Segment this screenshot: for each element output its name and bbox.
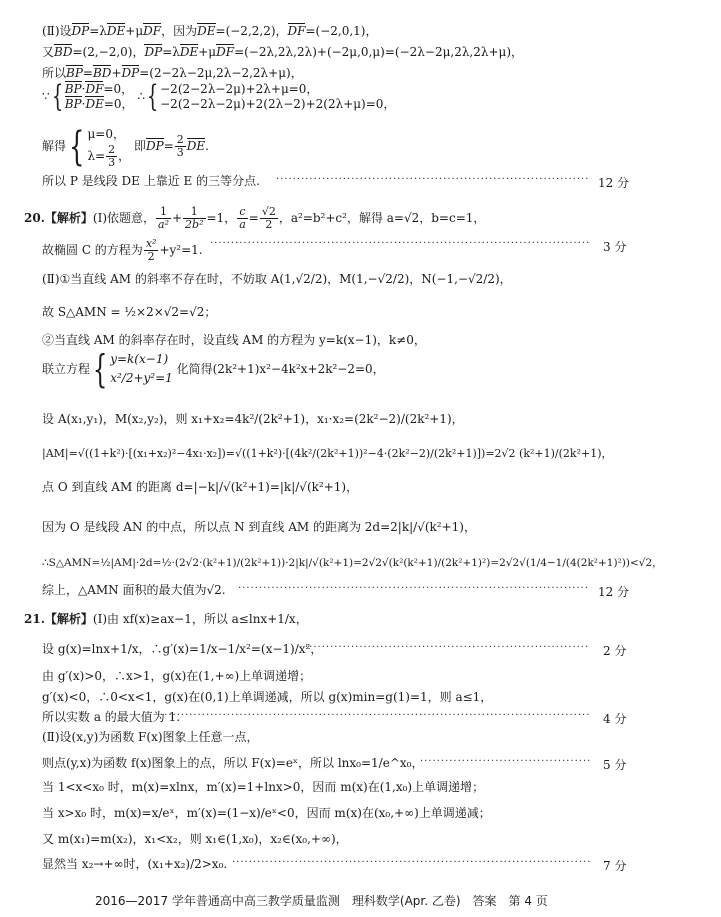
text: 当 x>x₀ 时，m(x)=x/eˣ，m′(x)=(1−x)/eˣ<0，因而 m… (42, 806, 491, 820)
denominator: 3 (175, 147, 186, 159)
vector-df: DF (288, 24, 306, 38)
points: A(1,√2/2)，M(1,−√2/2)，N(−1,−√2/2)， (271, 272, 512, 286)
leader-dots: ········································… (276, 174, 588, 185)
therefore-symbol: ∴ (137, 90, 145, 104)
text: 化简得(2k²+1)x²−4k²x+2k²−2=0， (177, 362, 385, 376)
score-label: 12 分 (598, 174, 629, 191)
q21-line-8: 当 1<x<x₀ 时，m(x)=xlnx，m′(x)=1+lnx>0，因而 m(… (42, 780, 484, 794)
q20-line-8: |AM|=√((1+k²)·[(x₁+x₂)²−4x₁·x₂])=√((1+k²… (42, 446, 613, 461)
text: =(−2,0,1)， (305, 24, 377, 38)
text: =(−2λ,2λ,2λ)+(−2μ,0,μ)=(−2λ−2μ,2λ,2λ+μ)， (234, 45, 523, 59)
score-label: 2 分 (603, 642, 626, 659)
fraction: 23 (175, 134, 186, 159)
q19-line-1: (Ⅱ)设DP=λDE+μDF，因为DE=(−2,2,2)，DF=(−2,0,1)… (42, 24, 378, 38)
text: ，因为 (161, 24, 197, 38)
text: 又 (42, 45, 54, 59)
q21-line-6: (Ⅱ)设(x,y)为函数 F(x)图象上任意一点， (42, 730, 259, 744)
text: 设 A(x₁,y₁)，M(x₂,y₂)，则 x₁+x₂=4k²/(2k²+1)，… (42, 412, 464, 426)
q20-line-6: 联立方程{y=k(x−1)x²/2+y²=1 化简得(2k²+1)x²−4k²x… (42, 350, 385, 388)
q20-line-1: 20.【解析】(Ⅰ)依题意，1a²+12b²=1，ca=√22，a²=b²+c²… (24, 206, 485, 231)
leader-dots: ········································… (232, 857, 590, 868)
q21-line-7: 则点(y,x)为函数 f(x)图象上的点，所以 F(x)=eˣ，所以 lnx₀=… (42, 756, 423, 770)
text: 即 (134, 139, 146, 153)
question-number: 21. (24, 612, 45, 626)
analysis-tag: 【解析】 (45, 612, 93, 626)
score-label: 7 分 (603, 857, 626, 874)
text: (Ⅱ)①当直线 AM 的斜率不存在时，不妨取 (42, 272, 267, 286)
text: ②当直线 AM 的斜率存在时，设直线 AM 的方程为 y=k(x−1)，k≠0， (42, 333, 426, 347)
text: =0， (103, 82, 133, 96)
q21-line-10: 又 m(x₁)=m(x₂)，x₁<x₂，则 x₁∈(1,x₀)，x₂∈(x₀,+… (42, 832, 348, 846)
text: |AM|=√((1+k²)·[(x₁+x₂)²−4x₁·x₂])=√((1+k²… (42, 447, 613, 460)
text: −2(2−2λ−2μ)+2λ+μ=0， (160, 82, 395, 97)
text: 则点(y,x)为函数 f(x)图象上的点，所以 F(x)=eˣ，所以 lnx₀=… (42, 756, 423, 770)
score-label: 3 分 (603, 238, 626, 255)
brace-icon: { (147, 82, 158, 112)
text: 解得 (42, 139, 66, 153)
equation-system-1: BP·DF=0，BP·DE=0， (65, 82, 134, 112)
score-label: 4 分 (603, 710, 626, 727)
vector-dp: DP (144, 45, 162, 59)
text: (Ⅱ)设(x,y)为函数 F(x)图象上任意一点， (42, 730, 259, 744)
analysis-tag: 【解析】 (45, 211, 93, 225)
text: 显然当 x₂→+∞时，(x₁+x₂)/2>x₀. (42, 857, 227, 871)
page-footer: 2016—2017 学年普通高中高三教学质量监测 理科数学(Apr. 乙卷) 答… (95, 892, 548, 909)
q19-system: ∵{BP·DF=0，BP·DE=0， ∴{−2(2−2λ−2μ)+2λ+μ=0，… (42, 82, 395, 112)
text: g′(x)<0，∴0<x<1，g(x)在(0,1)上单调递减，所以 g(x)mi… (42, 690, 492, 704)
text: 因为 O 是线段 AN 的中点，所以点 N 到直线 AM 的距离为 2d=2|k… (42, 520, 476, 534)
q20-line-7: 设 A(x₁,y₁)，M(x₂,y₂)，则 x₁+x₂=4k²/(2k²+1)，… (42, 412, 464, 426)
vector-dp: DP (146, 139, 164, 153)
q20-line-4: 故 S△AMN = ½×2×√2=√2； (42, 305, 216, 319)
text: 故 S△AMN = ½×2×√2=√2； (42, 305, 216, 319)
text: (Ⅱ)设 (42, 24, 72, 38)
text: λ= (87, 149, 105, 163)
text: 联立方程 (42, 362, 90, 376)
text: 所以 P 是线段 DE 上靠近 E 的三等分点. (42, 174, 260, 188)
q20-line-12: 综上，△AMN 面积的最大值为√2. (42, 583, 226, 597)
brace-icon: { (51, 82, 62, 112)
leader-dots: ········································… (238, 583, 588, 594)
equation: x²/2+y²=1 (110, 369, 173, 388)
q19-line-2: 又BD=(2,−2,0)，DP=λDE+μDF=(−2λ,2λ,2λ)+(−2μ… (42, 45, 523, 59)
text: 设 g(x)=lnx+1/x，∴g′(x)=1/x−1/x²=(x−1)/x²， (42, 642, 322, 656)
text: 所以 (42, 66, 66, 80)
score-label: 12 分 (598, 583, 629, 600)
text: = (164, 139, 174, 153)
equation-system-2: −2(2−2λ−2μ)+2λ+μ=0，−2(2−2λ−2μ)+2(2λ−2)+2… (160, 82, 395, 112)
vector-bp: BP (66, 66, 83, 80)
text: (Ⅰ)由 xf(x)≥ax−1，所以 a≤lnx+1/x， (93, 612, 308, 626)
text: =(−2,2,2)， (216, 24, 288, 38)
text: 当 1<x<x₀ 时，m(x)=xlnx，m′(x)=1+lnx>0，因而 m(… (42, 780, 484, 794)
text: 综上，△AMN 面积的最大值为√2. (42, 583, 226, 597)
score-label: 5 分 (603, 756, 626, 773)
q19-solution: 解得{μ=0，λ=23， 即DP=23DE. (42, 124, 209, 169)
q20-line-11: ∴S△AMN=½|AM|·2d=½·(2√2·(k²+1)/(2k²+1))·2… (42, 555, 663, 570)
fraction: x²2 (144, 238, 159, 263)
q19-line-3: 所以BP=BD+DP=(2−2λ−2μ,2λ−2,2λ+μ)， (42, 66, 303, 80)
q21-line-1: 21.【解析】(Ⅰ)由 xf(x)≥ax−1，所以 a≤lnx+1/x， (24, 612, 308, 626)
q21-line-4: g′(x)<0，∴0<x<1，g(x)在(0,1)上单调递减，所以 g(x)mi… (42, 690, 492, 704)
fraction: ca (237, 206, 248, 231)
solution-system: μ=0，λ=23， (87, 124, 130, 169)
question-number: 20. (24, 211, 45, 225)
fraction: 12b² (183, 206, 205, 231)
q20-line-10: 因为 O 是线段 AN 的中点，所以点 N 到直线 AM 的距离为 2d=2|k… (42, 520, 476, 534)
vector-de: DE (180, 45, 198, 59)
equation-system: y=k(x−1)x²/2+y²=1 (110, 350, 173, 388)
because-symbol: ∵ (42, 90, 50, 104)
text: ，a²=b²+c²，解得 a=√2，b=c=1， (279, 211, 486, 225)
text: (Ⅰ)依题意， (93, 211, 155, 225)
vector-bd: BD (54, 45, 72, 59)
q20-line-9: 点 O 到直线 AM 的距离 d=|−k|/√(k²+1)=|k|/√(k²+1… (42, 480, 358, 494)
text: 又 m(x₁)=m(x₂)，x₁<x₂，则 x₁∈(1,x₀)，x₂∈(x₀,+… (42, 832, 348, 846)
vector-dp: DP (122, 66, 140, 80)
q20-line-5: ②当直线 AM 的斜率存在时，设直线 AM 的方程为 y=k(x−1)，k≠0， (42, 333, 426, 347)
q20-line-2: 故椭圆 C 的方程为x²2+y²=1. (42, 238, 203, 263)
brace-icon: { (69, 132, 84, 162)
q21-line-11: 显然当 x₂→+∞时，(x₁+x₂)/2>x₀. (42, 857, 227, 871)
leader-dots: ········································… (160, 710, 590, 721)
text: =1， (207, 211, 237, 225)
fraction: √22 (260, 206, 278, 231)
leader-dots: ········································… (210, 238, 590, 249)
q21-line-2: 设 g(x)=lnx+1/x，∴g′(x)=1/x−1/x²=(x−1)/x²， (42, 642, 322, 656)
equation: y=k(x−1) (110, 350, 173, 369)
leader-dots: ········································… (420, 756, 590, 767)
vector-df: DF (216, 45, 234, 59)
fraction: 1a² (156, 206, 171, 231)
text: −2(2−2λ−2μ)+2(2λ−2)+2(2λ+μ)=0， (160, 97, 395, 112)
vector-df: DF (143, 24, 161, 38)
text: +y²=1. (159, 243, 202, 257)
vector-de: DE (197, 24, 215, 38)
vector-dp: DP (72, 24, 90, 38)
text: μ=0， (87, 124, 130, 144)
text: ∴S△AMN=½|AM|·2d=½·(2√2·(k²+1)/(2k²+1))·2… (42, 557, 663, 569)
text: 点 O 到直线 AM 的距离 d=|−k|/√(k²+1)=|k|/√(k²+1… (42, 480, 358, 494)
text: =(2−2λ−2μ,2λ−2,2λ+μ)， (139, 66, 303, 80)
vector-de: DE (107, 24, 125, 38)
text: 故椭圆 C 的方程为 (42, 243, 143, 257)
vector-bd: BD (93, 66, 111, 80)
q20-line-3: (Ⅱ)①当直线 AM 的斜率不存在时，不妨取 A(1,√2/2)，M(1,−√2… (42, 272, 512, 286)
text: ， (118, 149, 130, 163)
q21-line-9: 当 x>x₀ 时，m(x)=x/eˣ，m′(x)=(1−x)/eˣ<0，因而 m… (42, 806, 491, 820)
brace-icon: { (93, 354, 108, 384)
denominator: 3 (106, 157, 117, 169)
text: =0， (104, 97, 134, 111)
q21-line-3: 由 g′(x)>0，∴x>1，g(x)在(1,+∞)上单调递增； (42, 669, 311, 683)
text: 由 g′(x)>0，∴x>1，g(x)在(1,+∞)上单调递增； (42, 669, 311, 683)
fraction: 23 (106, 144, 117, 169)
vector-de: DE (187, 139, 205, 153)
leader-dots: ········································… (305, 642, 590, 653)
text: =(2,−2,0)， (72, 45, 144, 59)
q19-conclusion: 所以 P 是线段 DE 上靠近 E 的三等分点. (42, 174, 260, 188)
